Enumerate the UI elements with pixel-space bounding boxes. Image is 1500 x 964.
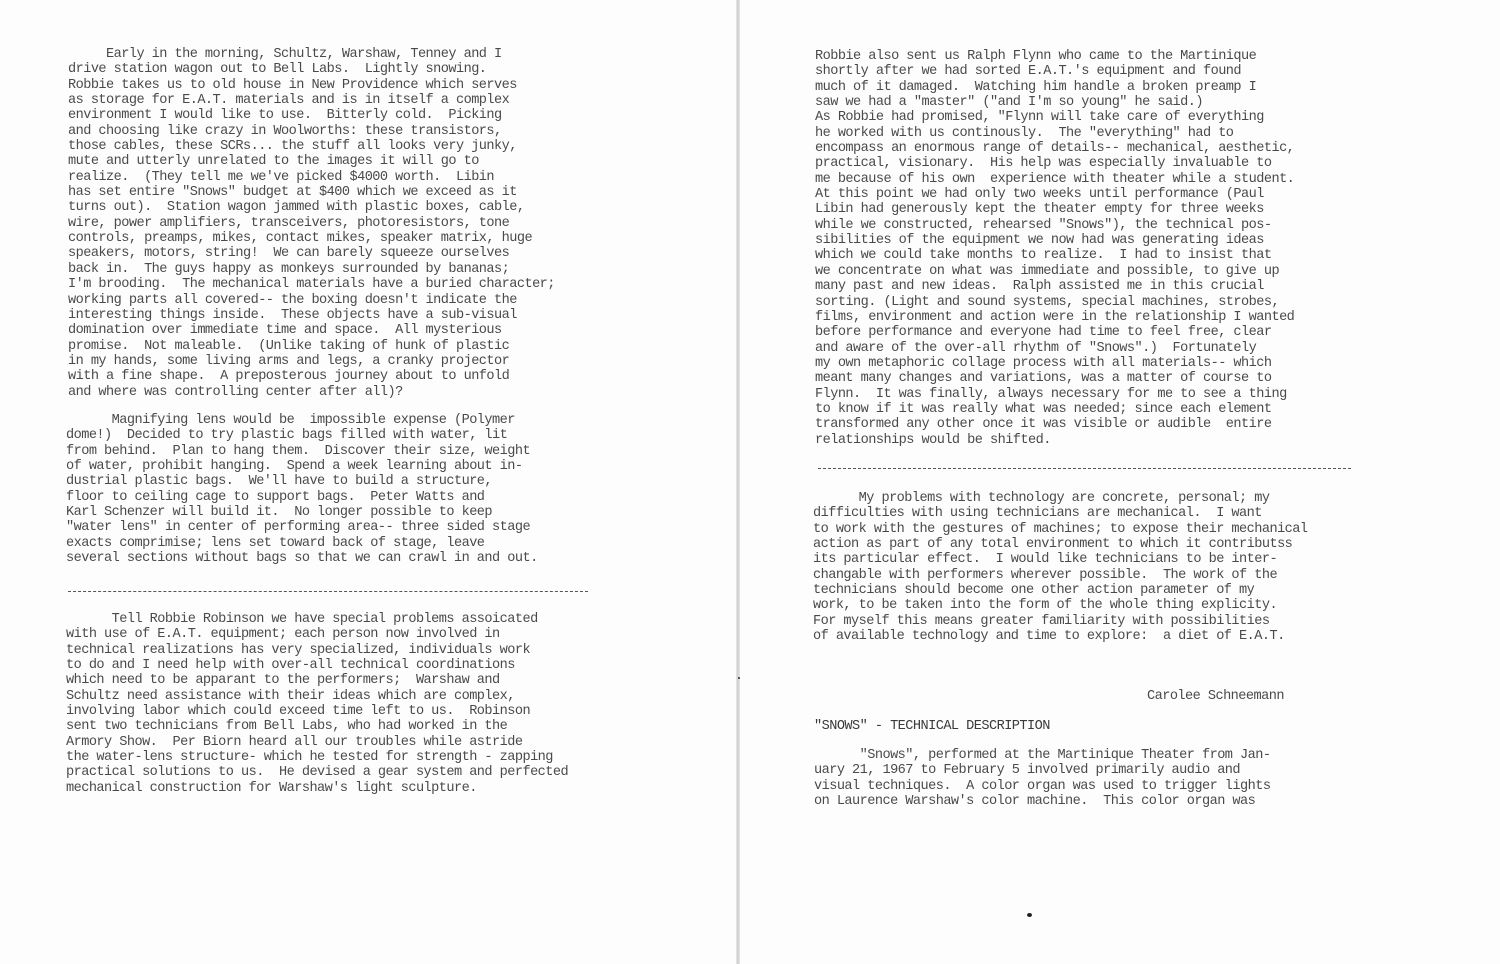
left-page: Early in the morning, Schultz, Warshaw, … — [0, 0, 738, 964]
text-line: mute and utterly unrelated to the images… — [68, 154, 555, 169]
text-line: "water lens" in center of performing are… — [66, 520, 538, 535]
text-line: and choosing like crazy in Woolworths: t… — [68, 124, 555, 139]
text-line: difficulties with using technicians are … — [813, 506, 1308, 521]
text-line: dustrial plastic bags. We'll have to bui… — [66, 474, 538, 489]
right-page: Robbie also sent us Ralph Flynn who came… — [740, 0, 1500, 964]
text-line: My problems with technology are concrete… — [813, 491, 1308, 506]
text-line: encompass an enormous range of details--… — [815, 141, 1294, 156]
text-line: controls, preamps, mikes, contact mikes,… — [68, 231, 555, 246]
text-line: has set entire "Snows" budget at $400 wh… — [68, 185, 555, 200]
text-line: interesting things inside. These objects… — [68, 308, 555, 323]
text-line: shortly after we had sorted E.A.T.'s equ… — [815, 64, 1294, 79]
text-line: visual techniques. A color organ was use… — [814, 779, 1270, 794]
paragraph-bell-labs-trip: Early in the morning, Schultz, Warshaw, … — [68, 47, 555, 400]
text-line: For myself this means greater familiarit… — [813, 614, 1308, 629]
paragraph-ralph-flynn: Robbie also sent us Ralph Flynn who came… — [815, 49, 1294, 448]
text-line: in my hands, some living arms and legs, … — [68, 354, 555, 369]
section-divider — [818, 468, 1351, 469]
paragraph-magnifying-lens: Magnifying lens would be impossible expe… — [66, 413, 538, 566]
text-line: and where was controlling center after a… — [68, 385, 555, 400]
text-line: many past and new ideas. Ralph assisted … — [815, 279, 1294, 294]
section-divider — [68, 591, 588, 592]
text-line: which need to be apparant to the perform… — [66, 673, 568, 688]
text-line: Magnifying lens would be impossible expe… — [66, 413, 538, 428]
text-line: technical realizations has very speciali… — [66, 643, 568, 658]
text-line: action as part of any total environment … — [813, 537, 1308, 552]
text-line: on Laurence Warshaw's color machine. Thi… — [814, 794, 1270, 809]
text-line: transformed any other once it was visibl… — [815, 417, 1294, 432]
text-line: Early in the morning, Schultz, Warshaw, … — [68, 47, 555, 62]
text-line: Robbie takes us to old house in New Prov… — [68, 78, 555, 93]
text-line: environment I would like to use. Bitterl… — [68, 108, 555, 123]
text-line: sorting. (Light and sound systems, speci… — [815, 295, 1294, 310]
text-line: mechanical construction for Warshaw's li… — [66, 781, 568, 796]
scan-speck — [1027, 913, 1032, 917]
text-line: to work with the gestures of machines; t… — [813, 522, 1308, 537]
text-line: Karl Schenzer will build it. No longer p… — [66, 505, 538, 520]
text-line: back in. The guys happy as monkeys surro… — [68, 262, 555, 277]
text-line: Tell Robbie Robinson we have special pro… — [66, 612, 568, 627]
text-line: Flynn. It was finally, always necessary … — [815, 387, 1294, 402]
text-line: As Robbie had promised, "Flynn will take… — [815, 110, 1294, 125]
text-line: practical, visionary. His help was espec… — [815, 156, 1294, 171]
text-line: speakers, motors, string! We can barely … — [68, 246, 555, 261]
text-line: several sections without bags so that we… — [66, 551, 538, 566]
text-line: much of it damaged. Watching him handle … — [815, 80, 1294, 95]
text-line: which we could take months to realize. I… — [815, 248, 1294, 263]
text-line: my own metaphoric collage process with a… — [815, 356, 1294, 371]
text-line: with use of E.A.T. equipment; each perso… — [66, 627, 568, 642]
paragraph-problems-with-technology: My problems with technology are concrete… — [813, 491, 1308, 644]
text-line: as storage for E.A.T. materials and is i… — [68, 93, 555, 108]
text-line: drive station wagon out to Bell Labs. Li… — [68, 62, 555, 77]
text-line: working parts all covered-- the boxing d… — [68, 293, 555, 308]
text-line: films, environment and action were in th… — [815, 310, 1294, 325]
text-line: me because of his own experience with th… — [815, 172, 1294, 187]
text-line: meant many changes and variations, was a… — [815, 371, 1294, 386]
text-line: At this point we had only two weeks unti… — [815, 187, 1294, 202]
text-line: of water, prohibit hanging. Spend a week… — [66, 459, 538, 474]
text-line: the water-lens structure- which he teste… — [66, 750, 568, 765]
text-line: we concentrate on what was immediate and… — [815, 264, 1294, 279]
text-line: while we constructed, rehearsed "Snows")… — [815, 218, 1294, 233]
text-line: Libin had generously kept the theater em… — [815, 202, 1294, 217]
paragraph-technical-description: "Snows", performed at the Martinique The… — [814, 748, 1270, 809]
text-line: sent two technicians from Bell Labs, who… — [66, 719, 568, 734]
text-line: realize. (They tell me we've picked $400… — [68, 170, 555, 185]
text-line: he worked with us continously. The "ever… — [815, 126, 1294, 141]
text-line: wire, power amplifiers, transceivers, ph… — [68, 216, 555, 231]
text-line: promise. Not maleable. (Unlike taking of… — [68, 339, 555, 354]
text-line: domination over immediate time and space… — [68, 323, 555, 338]
text-line: uary 21, 1967 to February 5 involved pri… — [814, 763, 1270, 778]
text-line: relationships would be shifted. — [815, 433, 1294, 448]
text-line: involving labor which could exceed time … — [66, 704, 568, 719]
text-line: Schultz need assistance with their ideas… — [66, 689, 568, 704]
author-signature: Carolee Schneemann — [1147, 689, 1284, 704]
text-line: practical solutions to us. He devised a … — [66, 765, 568, 780]
section-heading: "SNOWS" - TECHNICAL DESCRIPTION — [814, 719, 1050, 734]
text-line: of available technology and time to expl… — [813, 629, 1308, 644]
text-line: sibilities of the equipment we now had w… — [815, 233, 1294, 248]
text-line: its particular effect. I would like tech… — [813, 552, 1308, 567]
text-line: to know if it was really what was needed… — [815, 402, 1294, 417]
text-line: floor to ceiling cage to support bags. P… — [66, 490, 538, 505]
text-line: those cables, these SCRs... the stuff al… — [68, 139, 555, 154]
text-line: turns out). Station wagon jammed with pl… — [68, 200, 555, 215]
text-line: technicians should become one other acti… — [813, 583, 1308, 598]
paragraph-robbie-robinson: Tell Robbie Robinson we have special pro… — [66, 612, 568, 796]
text-line: dome!) Decided to try plastic bags fille… — [66, 428, 538, 443]
text-line: exacts comprimise; lens set toward back … — [66, 536, 538, 551]
text-line: Armory Show. Per Biorn heard all our tro… — [66, 735, 568, 750]
text-line: before performance and everyone had time… — [815, 325, 1294, 340]
text-line: saw we had a "master" ("and I'm so young… — [815, 95, 1294, 110]
text-line: work, to be taken into the form of the w… — [813, 598, 1308, 613]
text-line: I'm brooding. The mechanical materials h… — [68, 277, 555, 292]
text-line: changable with performers wherever possi… — [813, 568, 1308, 583]
text-line: and aware of the over-all rhythm of "Sno… — [815, 341, 1294, 356]
text-line: to do and I need help with over-all tech… — [66, 658, 568, 673]
text-line: Robbie also sent us Ralph Flynn who came… — [815, 49, 1294, 64]
text-line: from behind. Plan to hang them. Discover… — [66, 444, 538, 459]
text-line: with a fine shape. A preposterous journe… — [68, 369, 555, 384]
text-line: "Snows", performed at the Martinique The… — [814, 748, 1270, 763]
